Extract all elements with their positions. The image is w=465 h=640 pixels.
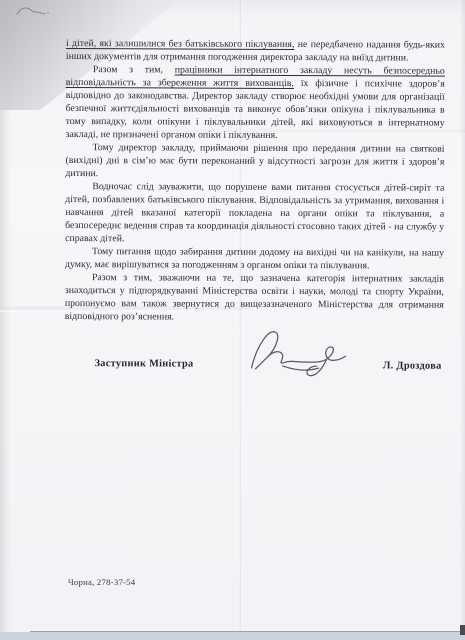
- paragraph: Водночас слід зауважити, що порушене вам…: [65, 180, 444, 247]
- scan-edge-mark: [460, 625, 465, 635]
- paragraphs-container: і дітей, які залишилися без батьківськог…: [65, 37, 445, 325]
- text-run: Разом з тим,: [93, 64, 175, 75]
- text-run: Тому директор закладу, приймаючи рішення…: [65, 142, 444, 179]
- paragraph: Тому питання щодо забирання дитини додом…: [65, 245, 444, 273]
- paragraph: Разом з тим, працівники інтернатного зак…: [66, 63, 445, 143]
- paragraph: Разом з тим, зважаючи на те, що зазначен…: [65, 271, 444, 325]
- scanner-bed-strip: [0, 632, 465, 640]
- underlined-text-run: і дітей, які залишилися без батьківськог…: [66, 38, 295, 50]
- scanned-letter-page: і дітей, які залишилися без батьківськог…: [0, 0, 465, 640]
- footer-reference: Чорна, 278-37-54: [68, 577, 135, 587]
- signer-title: Заступник Міністра: [95, 357, 194, 370]
- signer-name: Л. Дроздова: [383, 359, 442, 372]
- text-run: Разом з тим, зважаючи на те, що зазначен…: [65, 272, 444, 322]
- letter-body: і дітей, які залишилися без батьківськог…: [64, 37, 445, 391]
- signature-block: Заступник Міністра Л. Дроздова: [64, 331, 443, 391]
- handwritten-signature: [246, 322, 358, 382]
- text-run: Тому питання щодо забирання дитини додом…: [65, 246, 444, 271]
- paragraph: і дітей, які залишилися без батьківськог…: [66, 37, 445, 65]
- paragraph: Тому директор закладу, приймаючи рішення…: [65, 141, 444, 182]
- text-run: Водночас слід зауважити, що порушене вам…: [65, 181, 444, 244]
- pen-scribble-mark: [14, 3, 56, 19]
